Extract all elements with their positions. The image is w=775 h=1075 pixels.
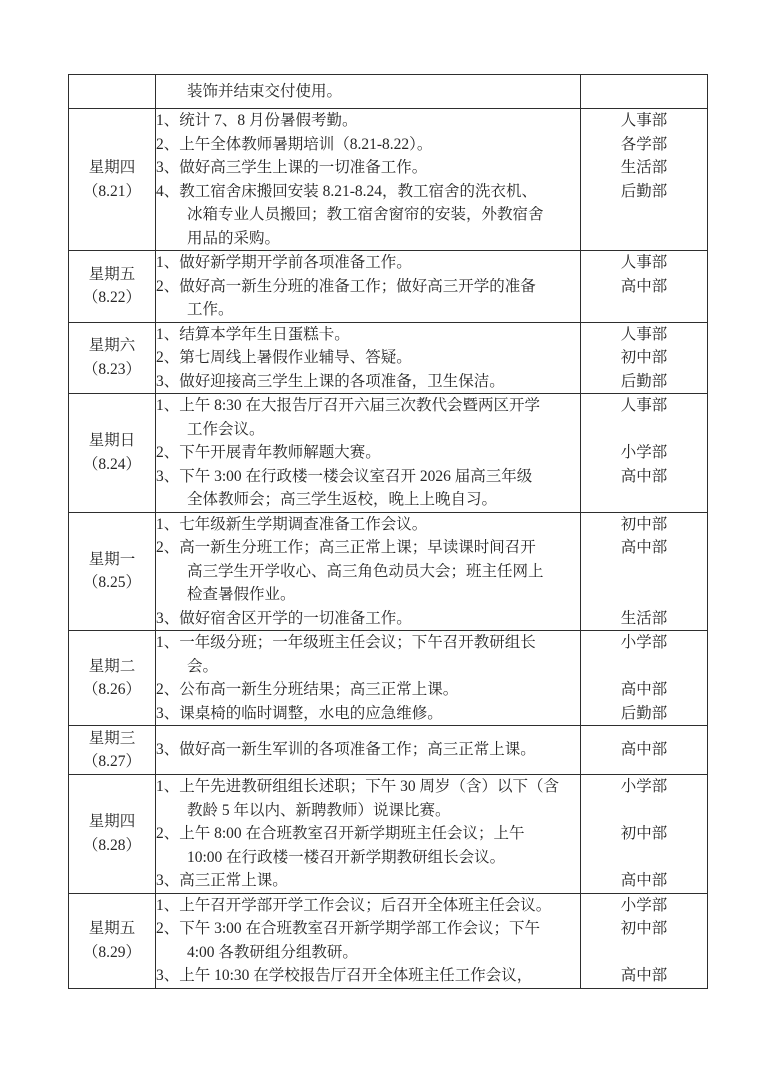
- date-label: （8.24）: [69, 453, 155, 477]
- dept-label: 高中部: [581, 275, 707, 299]
- dept-label: 小学部: [581, 894, 707, 918]
- task-line: 1、上午 8:30 在大报告厅召开六届三次教代会暨两区开学: [156, 394, 580, 418]
- day-cell: 星期日（8.24）: [69, 394, 156, 513]
- task-line: 2、上午全体教师暑期培训（8.21-8.22）。: [156, 133, 580, 157]
- dept-label: 小学部: [581, 775, 707, 799]
- tasks-cell: 1、上午先进教研组组长述职；下午 30 周岁（含）以下（含教龄 5 年以内、新聘…: [156, 775, 581, 894]
- day-cell: 星期五（8.29）: [69, 893, 156, 988]
- task-line: 2、公布高一新生分班结果；高三正常上课。: [156, 678, 580, 702]
- task-line: 3、高三正常上课。: [156, 869, 580, 893]
- depts-cell: 小学部 高中部后勤部: [581, 631, 708, 726]
- dept-label: 高中部: [581, 869, 707, 893]
- task-line: 2、第七周线上暑假作业辅导、答疑。: [156, 346, 580, 370]
- task-line: 3、做好宿舍区开学的一切准备工作。: [156, 607, 580, 631]
- task-line: 3、上午 10:30 在学校报告厅召开全体班主任工作会议，: [156, 964, 580, 988]
- task-line: 会。: [156, 655, 580, 679]
- task-line: 1、上午召开学部开学工作会议；后召开全体班主任会议。: [156, 894, 580, 918]
- task-line: 高三学生开学收心、高三角色动员大会；班主任网上: [156, 560, 580, 584]
- dept-label-empty: [581, 799, 707, 823]
- date-label: （8.22）: [69, 286, 155, 310]
- dept-label: 初中部: [581, 917, 707, 941]
- weekday-label: 星期四: [69, 810, 155, 834]
- dept-label: 后勤部: [581, 702, 707, 726]
- dept-label: 小学部: [581, 631, 707, 655]
- date-label: （8.23）: [69, 358, 155, 382]
- task-line: 3、做好高一新生军训的各项准备工作；高三正常上课。: [156, 738, 580, 762]
- dept-label-empty: [581, 203, 707, 227]
- date-label: （8.21）: [69, 180, 155, 204]
- tasks-cell: 1、七年级新生学期调查准备工作会议。2、高一新生分班工作；高三正常上课；早读课时…: [156, 512, 581, 631]
- dept-label: 人事部: [581, 109, 707, 133]
- date-label: （8.27）: [69, 750, 155, 774]
- task-line: 装饰并结束交付使用。: [156, 80, 580, 104]
- schedule-row: 星期五（8.29）1、上午召开学部开学工作会议；后召开全体班主任会议。2、下午 …: [69, 893, 708, 988]
- dept-label: 初中部: [581, 513, 707, 537]
- weekday-label: 星期四: [69, 156, 155, 180]
- schedule-row: 星期三（8.27）3、做好高一新生军训的各项准备工作；高三正常上课。高中部: [69, 726, 708, 775]
- schedule-row: 星期二（8.26）1、一年级分班；一年级班主任会议；下午召开教研组长会。2、公布…: [69, 631, 708, 726]
- dept-label-empty: [581, 560, 707, 584]
- task-line: 2、上午 8:00 在合班教室召开新学期班主任会议；上午: [156, 822, 580, 846]
- depts-cell: 人事部高中部: [581, 251, 708, 323]
- document-page: 装饰并结束交付使用。 星期四（8.21）1、统计 7、8 月份暑假考勤。2、上午…: [0, 0, 775, 1075]
- task-line: 2、下午开展青年教师解题大赛。: [156, 441, 580, 465]
- day-cell: [69, 75, 156, 109]
- dept-label: 后勤部: [581, 180, 707, 204]
- dept-label-empty: [581, 418, 707, 442]
- date-label: （8.29）: [69, 941, 155, 965]
- dept-label: 高中部: [581, 738, 707, 762]
- task-line: 1、一年级分班；一年级班主任会议；下午召开教研组长: [156, 631, 580, 655]
- tasks-cell: 3、做好高一新生军训的各项准备工作；高三正常上课。: [156, 726, 581, 775]
- schedule-row: 星期四（8.21）1、统计 7、8 月份暑假考勤。2、上午全体教师暑期培训（8.…: [69, 109, 708, 251]
- dept-label: 人事部: [581, 323, 707, 347]
- task-line: 工作会议。: [156, 418, 580, 442]
- date-label: （8.28）: [69, 834, 155, 858]
- dept-label: 人事部: [581, 251, 707, 275]
- depts-cell: 高中部: [581, 726, 708, 775]
- dept-label-empty: [581, 227, 707, 251]
- weekday-label: 星期一: [69, 548, 155, 572]
- dept-label: 各学部: [581, 133, 707, 157]
- tasks-cell: 1、做好新学期开学前各项准备工作。2、做好高一新生分班的准备工作；做好高三开学的…: [156, 251, 581, 323]
- dept-label: 后勤部: [581, 370, 707, 394]
- weekday-label: 星期三: [69, 727, 155, 751]
- dept-label-empty: [581, 846, 707, 870]
- dept-label-empty: [581, 298, 707, 322]
- dept-label: 高中部: [581, 678, 707, 702]
- tasks-cell: 装饰并结束交付使用。: [156, 75, 581, 109]
- task-line: 3、下午 3:00 在行政楼一楼会议室召开 2026 届高三年级: [156, 465, 580, 489]
- task-line: 4、教工宿舍床搬回安装 8.21-8.24，教工宿舍的洗衣机、: [156, 180, 580, 204]
- task-line: 检查暑假作业。: [156, 583, 580, 607]
- dept-label-empty: [581, 941, 707, 965]
- task-line: 1、结算本学年生日蛋糕卡。: [156, 323, 580, 347]
- depts-cell: 人事部初中部后勤部: [581, 322, 708, 394]
- depts-cell: 小学部初中部 高中部: [581, 893, 708, 988]
- dept-label: 高中部: [581, 465, 707, 489]
- schedule-row: 装饰并结束交付使用。: [69, 75, 708, 109]
- depts-cell: [581, 75, 708, 109]
- day-cell: 星期一（8.25）: [69, 512, 156, 631]
- day-cell: 星期四（8.28）: [69, 775, 156, 894]
- task-line: 1、统计 7、8 月份暑假考勤。: [156, 109, 580, 133]
- dept-label: 生活部: [581, 156, 707, 180]
- day-cell: 星期二（8.26）: [69, 631, 156, 726]
- dept-label: 人事部: [581, 394, 707, 418]
- dept-label: 初中部: [581, 346, 707, 370]
- weekday-label: 星期六: [69, 334, 155, 358]
- weekday-label: 星期二: [69, 655, 155, 679]
- task-line: 用品的采购。: [156, 227, 580, 251]
- weekday-label: 星期日: [69, 429, 155, 453]
- task-line: 冰箱专业人员搬回；教工宿舍窗帘的安装，外教宿舍: [156, 203, 580, 227]
- task-line: 工作。: [156, 298, 580, 322]
- task-line: 全体教师会；高三学生返校，晚上上晚自习。: [156, 488, 580, 512]
- schedule-table: 装饰并结束交付使用。 星期四（8.21）1、统计 7、8 月份暑假考勤。2、上午…: [68, 74, 708, 989]
- date-label: （8.25）: [69, 571, 155, 595]
- task-line: 10:00 在行政楼一楼召开新学期教研组长会议。: [156, 846, 580, 870]
- depts-cell: 人事部各学部生活部后勤部: [581, 109, 708, 251]
- dept-label-empty: [581, 80, 707, 104]
- task-line: 3、课桌椅的临时调整，水电的应急维修。: [156, 702, 580, 726]
- depts-cell: 小学部 初中部 高中部: [581, 775, 708, 894]
- schedule-table-body: 装饰并结束交付使用。 星期四（8.21）1、统计 7、8 月份暑假考勤。2、上午…: [69, 75, 708, 989]
- tasks-cell: 1、一年级分班；一年级班主任会议；下午召开教研组长会。2、公布高一新生分班结果；…: [156, 631, 581, 726]
- day-cell: 星期三（8.27）: [69, 726, 156, 775]
- task-line: 2、做好高一新生分班的准备工作；做好高三开学的准备: [156, 275, 580, 299]
- schedule-row: 星期六（8.23）1、结算本学年生日蛋糕卡。2、第七周线上暑假作业辅导、答疑。3…: [69, 322, 708, 394]
- tasks-cell: 1、结算本学年生日蛋糕卡。2、第七周线上暑假作业辅导、答疑。3、做好迎接高三学生…: [156, 322, 581, 394]
- dept-label: 小学部: [581, 441, 707, 465]
- task-line: 1、做好新学期开学前各项准备工作。: [156, 251, 580, 275]
- day-cell: 星期五（8.22）: [69, 251, 156, 323]
- weekday-label: 星期五: [69, 263, 155, 287]
- day-cell: 星期六（8.23）: [69, 322, 156, 394]
- task-line: 4:00 各教研组分组教研。: [156, 941, 580, 965]
- dept-label: 高中部: [581, 964, 707, 988]
- dept-label: 初中部: [581, 822, 707, 846]
- task-line: 3、做好高三学生上课的一切准备工作。: [156, 156, 580, 180]
- depts-cell: 人事部 小学部高中部: [581, 394, 708, 513]
- schedule-row: 星期一（8.25）1、七年级新生学期调查准备工作会议。2、高一新生分班工作；高三…: [69, 512, 708, 631]
- dept-label-empty: [581, 655, 707, 679]
- date-label: （8.26）: [69, 678, 155, 702]
- task-line: 教龄 5 年以内、新聘教师）说课比赛。: [156, 799, 580, 823]
- task-line: 3、做好迎接高三学生上课的各项准备，卫生保洁。: [156, 370, 580, 394]
- task-line: 1、上午先进教研组组长述职；下午 30 周岁（含）以下（含: [156, 775, 580, 799]
- tasks-cell: 1、统计 7、8 月份暑假考勤。2、上午全体教师暑期培训（8.21-8.22）。…: [156, 109, 581, 251]
- dept-label-empty: [581, 488, 707, 512]
- schedule-row: 星期日（8.24）1、上午 8:30 在大报告厅召开六届三次教代会暨两区开学工作…: [69, 394, 708, 513]
- tasks-cell: 1、上午 8:30 在大报告厅召开六届三次教代会暨两区开学工作会议。2、下午开展…: [156, 394, 581, 513]
- depts-cell: 初中部高中部 生活部: [581, 512, 708, 631]
- weekday-label: 星期五: [69, 917, 155, 941]
- schedule-row: 星期四（8.28）1、上午先进教研组组长述职；下午 30 周岁（含）以下（含教龄…: [69, 775, 708, 894]
- schedule-row: 星期五（8.22）1、做好新学期开学前各项准备工作。2、做好高一新生分班的准备工…: [69, 251, 708, 323]
- tasks-cell: 1、上午召开学部开学工作会议；后召开全体班主任会议。2、下午 3:00 在合班教…: [156, 893, 581, 988]
- task-line: 2、高一新生分班工作；高三正常上课；早读课时间召开: [156, 536, 580, 560]
- dept-label: 生活部: [581, 607, 707, 631]
- day-cell: 星期四（8.21）: [69, 109, 156, 251]
- task-line: 2、下午 3:00 在合班教室召开新学期学部工作会议；下午: [156, 917, 580, 941]
- dept-label: 高中部: [581, 536, 707, 560]
- task-line: 1、七年级新生学期调查准备工作会议。: [156, 513, 580, 537]
- dept-label-empty: [581, 583, 707, 607]
